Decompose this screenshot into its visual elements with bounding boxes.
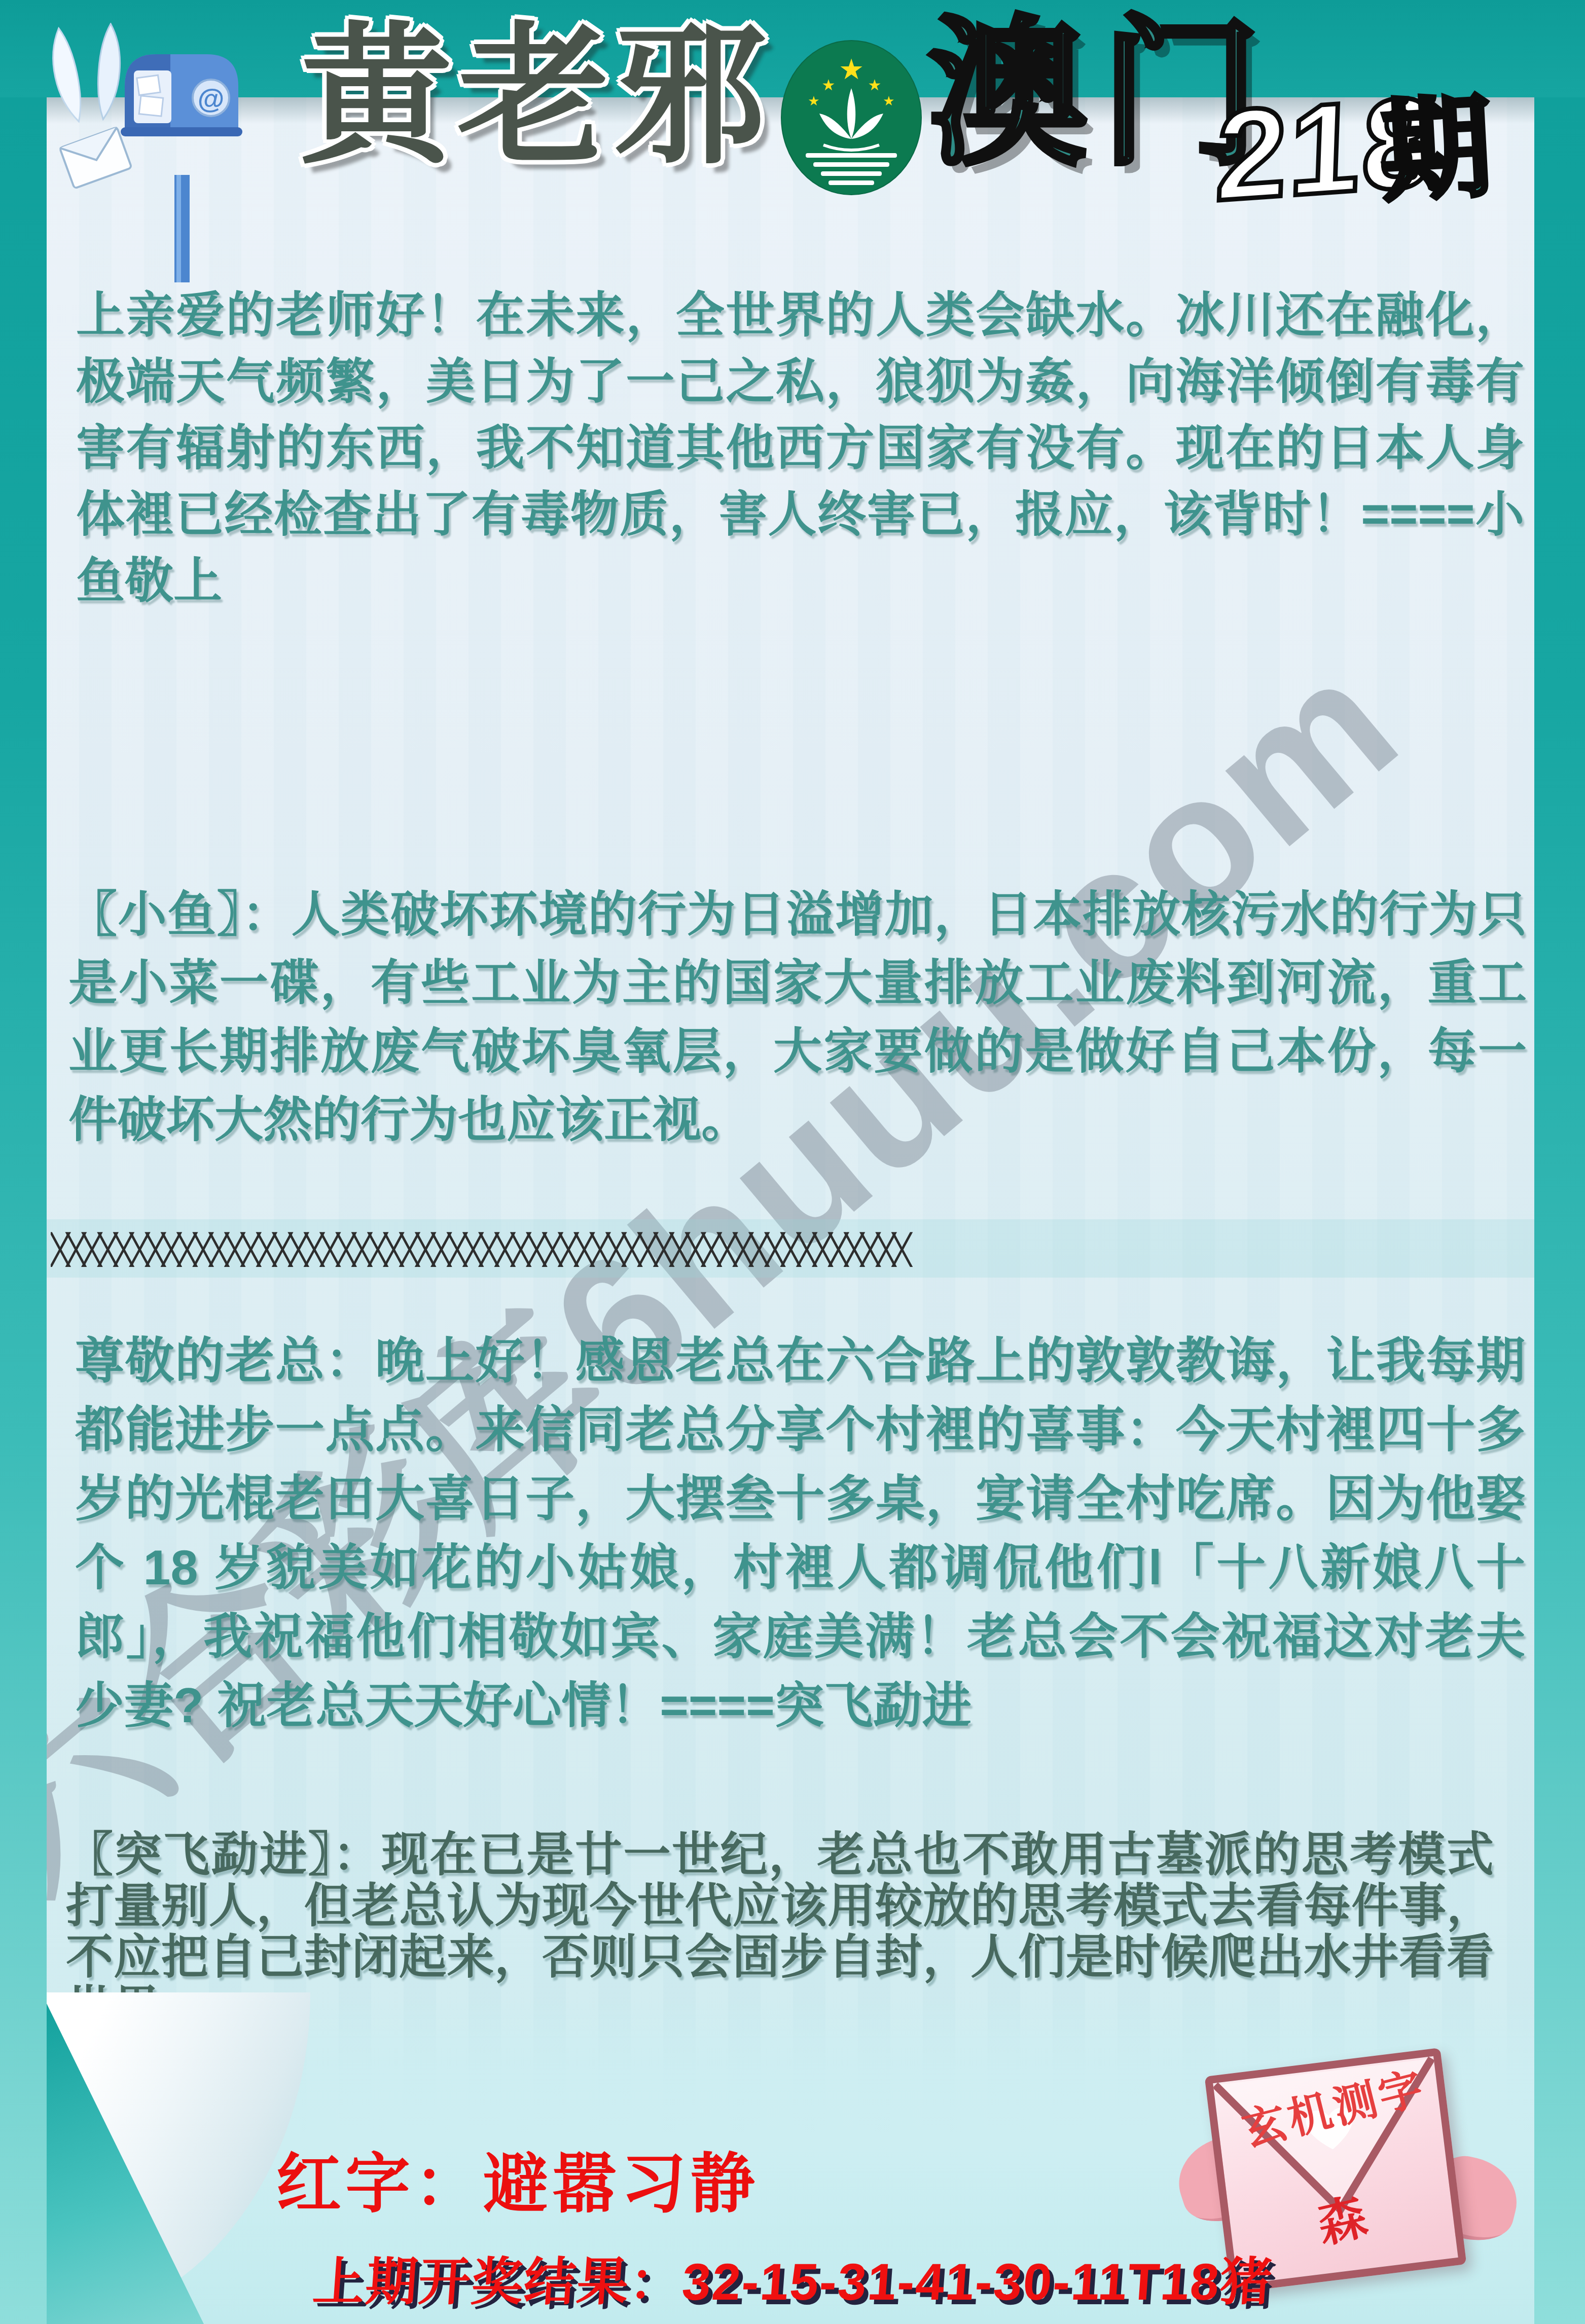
last-draw-result: 上期开奖结果：32-15-31-41-30-11T18猪 xyxy=(311,2241,1276,2315)
letter-paragraph: 上亲爱的老师好！在未来，全世界的人类会缺水。冰川还在融化，极端天气频繁，美日为了… xyxy=(76,282,1524,614)
svg-text:★: ★ xyxy=(868,77,882,94)
red-theme-text: 红字：避嚣习静 xyxy=(276,2132,759,2225)
svg-text:★: ★ xyxy=(883,93,894,108)
chain-divider: ╳╳╳╳╳╳╳╳╳╳╳╳╳╳╳╳╳╳╳╳╳╳╳╳╳╳╳╳╳╳╳╳╳╳╳╳╳╳╳╳… xyxy=(51,1232,1531,1270)
svg-text:★: ★ xyxy=(839,53,864,85)
lottery-tip-sheet: 六合彩库6huuu.com @ 黄老邪 xyxy=(0,0,1585,2324)
reply-paragraph: 〖小鱼〗：人类破坏环境的行为日溢增加，日本排放核污水的行为只是小菜一碟，有些工业… xyxy=(68,880,1527,1154)
svg-text:★: ★ xyxy=(822,77,836,94)
issue-unit: 期 xyxy=(1378,92,1494,208)
svg-text:★: ★ xyxy=(808,93,819,108)
svg-text:@: @ xyxy=(198,84,225,114)
page-title: 黄老邪 xyxy=(300,20,772,172)
macau-lotus-emblem: ★ ★ ★ ★ ★ xyxy=(780,40,923,198)
mailbox-icon: @ xyxy=(111,28,253,289)
letter-paragraph: 尊敬的老总：晚上好！感恩老总在六合路上的敦敦教诲，让我每期都能进步一点点。来信同… xyxy=(75,1326,1525,1740)
